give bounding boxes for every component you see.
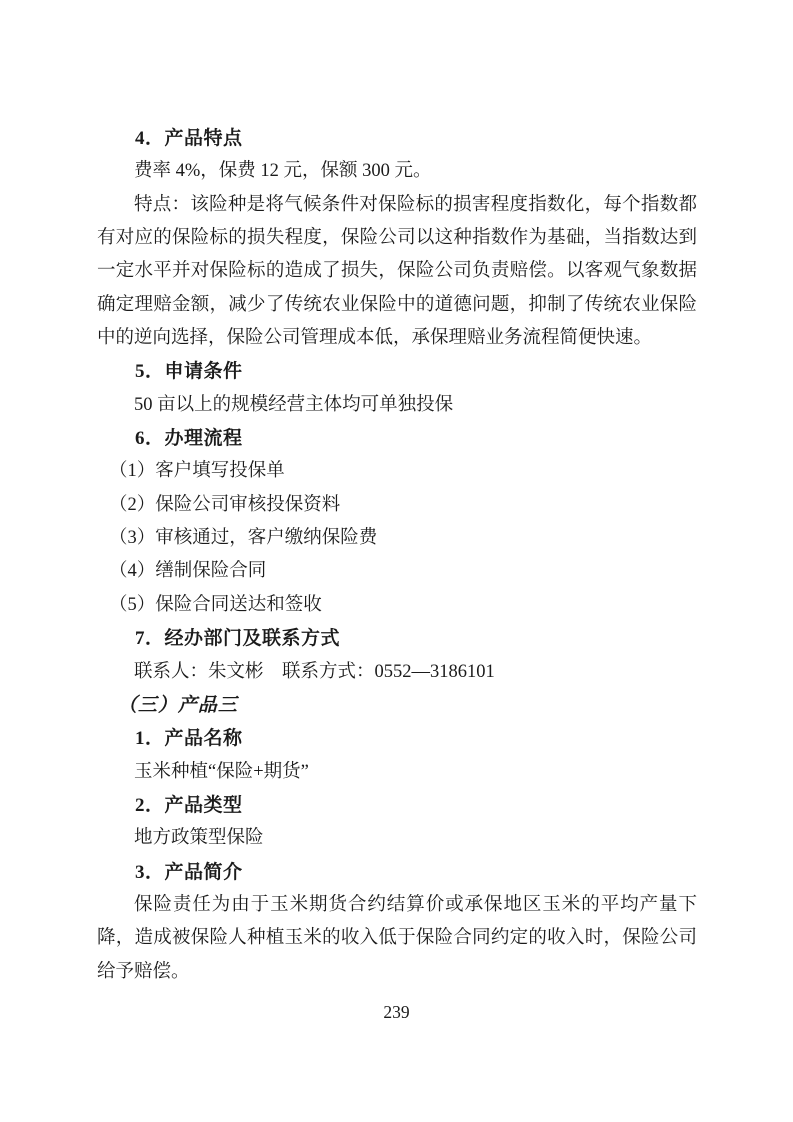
heading-contact: 7．经办部门及联系方式 [97,622,697,655]
para-contact-info: 联系人：朱文彬 联系方式：0552—3186101 [97,656,697,689]
para-product-type: 地方政策型保险 [97,822,697,855]
flow-step-4: （4）缮制保险合同 [97,555,697,588]
flow-step-5: （5）保险合同送达和签收 [97,589,697,622]
page-number: 239 [0,1001,793,1023]
para-product-name: 玉米种植“保险+期货” [97,756,697,789]
heading-processing-flow: 6．办理流程 [97,422,697,455]
heading-product-intro: 3．产品简介 [97,856,697,889]
document-page: 4．产品特点 费率 4%，保费 12 元，保额 300 元。 特点：该险种是将气… [0,0,793,1122]
heading-product-features: 4．产品特点 [97,122,697,155]
heading-product-type: 2．产品类型 [97,789,697,822]
heading-product-three: （三）产品三 [97,689,697,722]
para-application-conditions: 50 亩以上的规模经营主体均可单独投保 [97,389,697,422]
para-product-intro: 保险责任为由于玉米期货合约结算价或承保地区玉米的平均产量下降，造成被保险人种植玉… [97,889,697,989]
document-body: 4．产品特点 费率 4%，保费 12 元，保额 300 元。 特点：该险种是将气… [97,122,697,989]
flow-step-2: （2）保险公司审核投保资料 [97,489,697,522]
heading-application-conditions: 5．申请条件 [97,355,697,388]
para-product-features: 特点：该险种是将气候条件对保险标的损害程度指数化，每个指数都有对应的保险标的损失… [97,189,697,356]
heading-product-name: 1．产品名称 [97,722,697,755]
flow-step-3: （3）审核通过，客户缴纳保险费 [97,522,697,555]
flow-step-1: （1）客户填写投保单 [97,455,697,488]
para-premium-rate: 费率 4%，保费 12 元，保额 300 元。 [97,155,697,188]
